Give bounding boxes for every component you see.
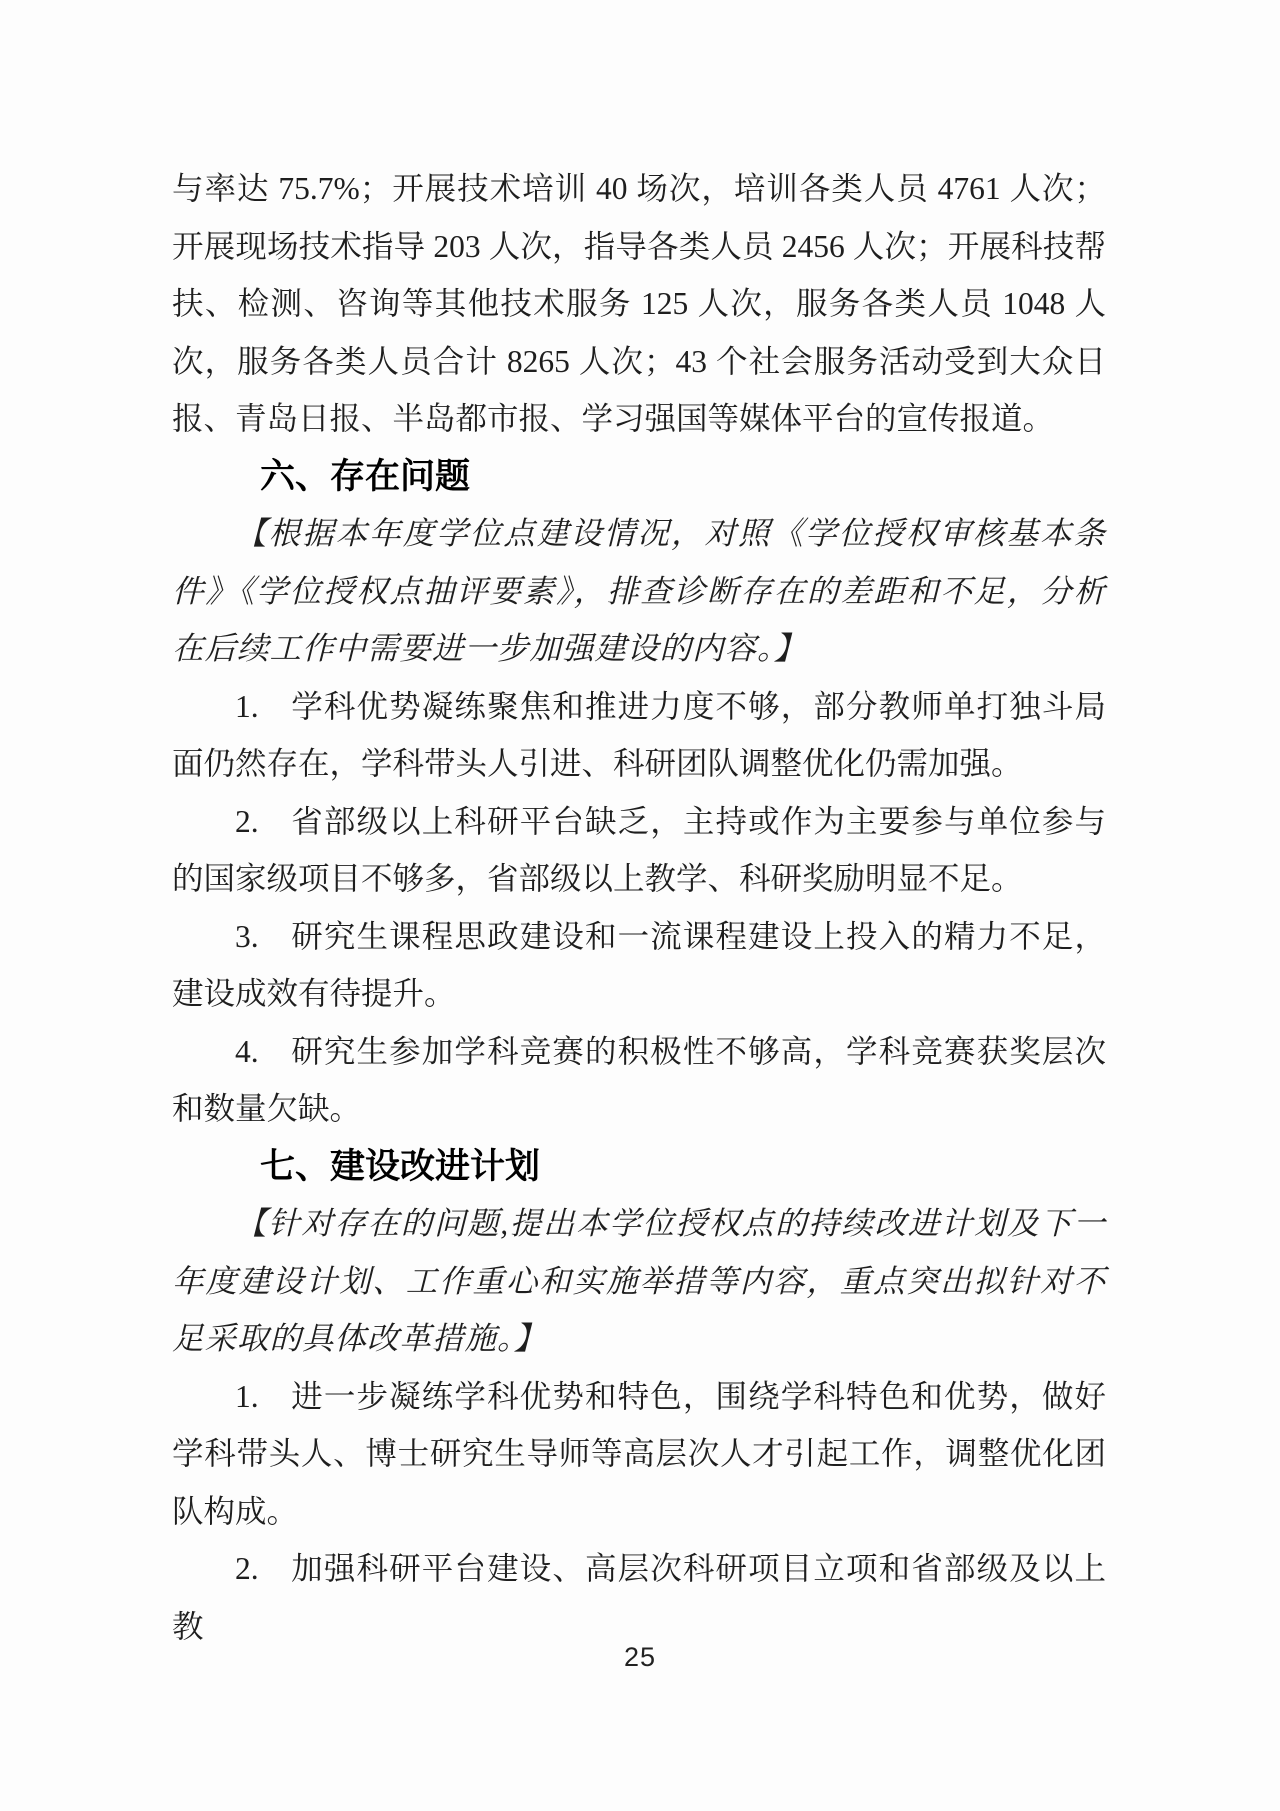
section6-item-4: 4. 研究生参加学科竞赛的积极性不够高，学科竞赛获奖层次和数量欠缺。 [172, 1023, 1106, 1138]
section6-guide-note: 【根据本年度学位点建设情况，对照《学位授权审核基本条件》《学位授权点抽评要素》，… [172, 505, 1106, 678]
section7-heading: 七、建设改进计划 [172, 1138, 1106, 1196]
paragraph-social-service: 与率达 75.7%；开展技术培训 40 场次，培训各类人员 4761 人次；开展… [172, 160, 1106, 448]
section7-item-2: 2. 加强科研平台建设、高层次科研项目立项和省部级及以上教 [172, 1540, 1106, 1655]
section6-item-1: 1. 学科优势凝练聚焦和推进力度不够，部分教师单打独斗局面仍然存在，学科带头人引… [172, 678, 1106, 793]
page-number: 25 [0, 1642, 1280, 1672]
document-page: 与率达 75.7%；开展技术培训 40 场次，培训各类人员 4761 人次；开展… [0, 0, 1280, 1811]
section7-item-1: 1. 进一步凝练学科优势和特色，围绕学科特色和优势，做好学科带头人、博士研究生导… [172, 1368, 1106, 1541]
section6-item-3: 3. 研究生课程思政建设和一流课程建设上投入的精力不足，建设成效有待提升。 [172, 908, 1106, 1023]
section6-item-2: 2. 省部级以上科研平台缺乏，主持或作为主要参与单位参与的国家级项目不够多，省部… [172, 793, 1106, 908]
section6-heading: 六、存在问题 [172, 448, 1106, 506]
section7-guide-note: 【针对存在的问题,提出本学位授权点的持续改进计划及下一年度建设计划、工作重心和实… [172, 1195, 1106, 1368]
